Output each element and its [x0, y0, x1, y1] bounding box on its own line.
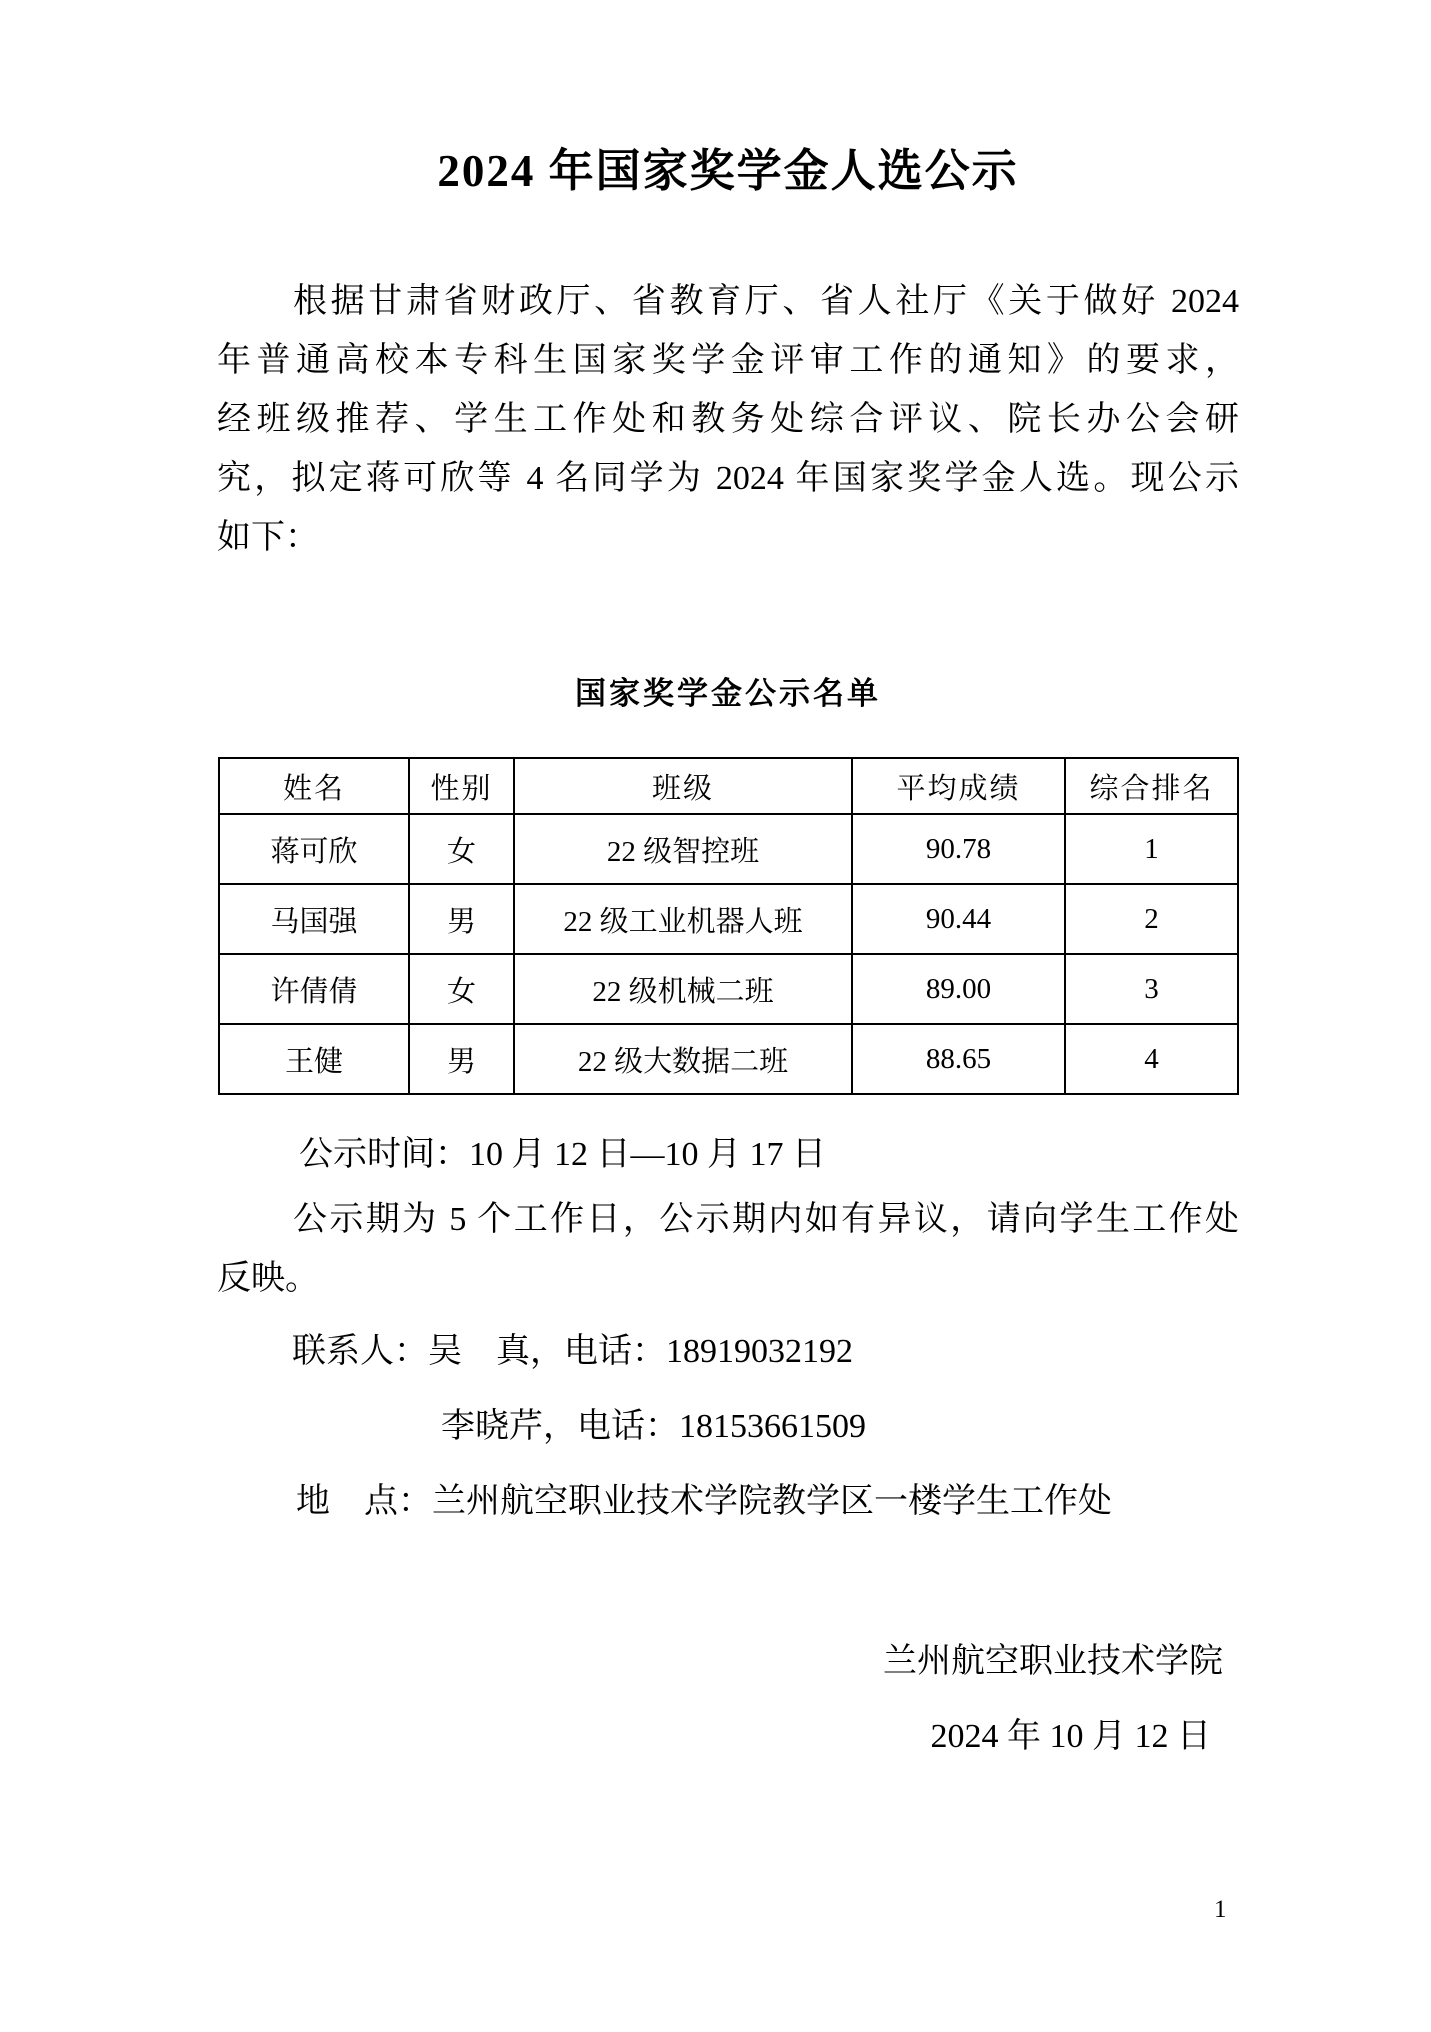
- signature-organization: 兰州航空职业技术学院: [217, 1640, 1239, 1684]
- cell-class: 22 级智控班: [514, 814, 852, 884]
- table-row: 王健 男 22 级大数据二班 88.65 4: [219, 1024, 1238, 1094]
- paragraph-line: 究，拟定蒋可欣等 4 名同学为 2024 年国家奖学金人选。现公示: [217, 457, 1239, 516]
- col-header-name: 姓名: [219, 758, 409, 814]
- cell-average-score: 89.00: [852, 954, 1065, 1024]
- cell-average-score: 90.44: [852, 884, 1065, 954]
- paragraph-line: 年普通高校本专科生国家奖学金评审工作的通知》的要求，: [217, 339, 1239, 398]
- cell-class: 22 级工业机器人班: [514, 884, 852, 954]
- table-caption: 国家奖学金公示名单: [217, 668, 1239, 713]
- scholarship-table: 姓名 性别 班级 平均成绩 综合排名 蒋可欣 女 22 级智控班 90.78 1…: [218, 757, 1239, 1095]
- cell-gender: 女: [409, 814, 514, 884]
- notice-period-line-2: 反映。: [217, 1257, 1239, 1301]
- cell-overall-rank: 4: [1065, 1024, 1238, 1094]
- contact-line-1: 联系人：吴 真，电话：18919032192: [217, 1330, 1314, 1374]
- cell-name: 王健: [219, 1024, 409, 1094]
- table-row: 马国强 男 22 级工业机器人班 90.44 2: [219, 884, 1238, 954]
- col-header-gender: 性别: [409, 758, 514, 814]
- page-number: 1: [1214, 1896, 1227, 1924]
- signature-date: 2024 年 10 月 12 日: [217, 1715, 1239, 1759]
- table-header-row: 姓名 性别 班级 平均成绩 综合排名: [219, 758, 1238, 814]
- paragraph-line: 经班级推荐、学生工作处和教务处综合评议、院长办公会研: [217, 398, 1239, 457]
- cell-name: 许倩倩: [219, 954, 409, 1024]
- cell-name: 蒋可欣: [219, 814, 409, 884]
- cell-class: 22 级大数据二班: [514, 1024, 852, 1094]
- cell-gender: 女: [409, 954, 514, 1024]
- notice-period-line-1: 公示期为 5 个工作日，公示期内如有异议，请向学生工作处: [217, 1198, 1239, 1242]
- notice-time-line: 公示时间：10 月 12 日—10 月 17 日: [217, 1133, 1321, 1177]
- contact-line-2: 李晓芹，电话：18153661509: [217, 1405, 1431, 1449]
- cell-name: 马国强: [219, 884, 409, 954]
- col-header-average-score: 平均成绩: [852, 758, 1065, 814]
- cell-overall-rank: 1: [1065, 814, 1238, 884]
- cell-overall-rank: 3: [1065, 954, 1238, 1024]
- intro-paragraph: 根据甘肃省财政厅、省教育厅、省人社厅《关于做好 2024 年普通高校本专科生国家…: [217, 280, 1239, 575]
- table-row: 蒋可欣 女 22 级智控班 90.78 1: [219, 814, 1238, 884]
- paragraph-line: 根据甘肃省财政厅、省教育厅、省人社厅《关于做好 2024: [217, 280, 1239, 339]
- cell-average-score: 90.78: [852, 814, 1065, 884]
- page-title: 2024 年国家奖学金人选公示: [217, 134, 1239, 199]
- document-page: 2024 年国家奖学金人选公示 根据甘肃省财政厅、省教育厅、省人社厅《关于做好 …: [0, 0, 1431, 2032]
- cell-class: 22 级机械二班: [514, 954, 852, 1024]
- col-header-class: 班级: [514, 758, 852, 814]
- table-row: 许倩倩 女 22 级机械二班 89.00 3: [219, 954, 1238, 1024]
- col-header-overall-rank: 综合排名: [1065, 758, 1238, 814]
- paragraph-line: 如下：: [217, 516, 1239, 575]
- cell-average-score: 88.65: [852, 1024, 1065, 1094]
- location-line: 地 点：兰州航空职业技术学院教学区一楼学生工作处: [217, 1480, 1318, 1524]
- cell-overall-rank: 2: [1065, 884, 1238, 954]
- cell-gender: 男: [409, 1024, 514, 1094]
- cell-gender: 男: [409, 884, 514, 954]
